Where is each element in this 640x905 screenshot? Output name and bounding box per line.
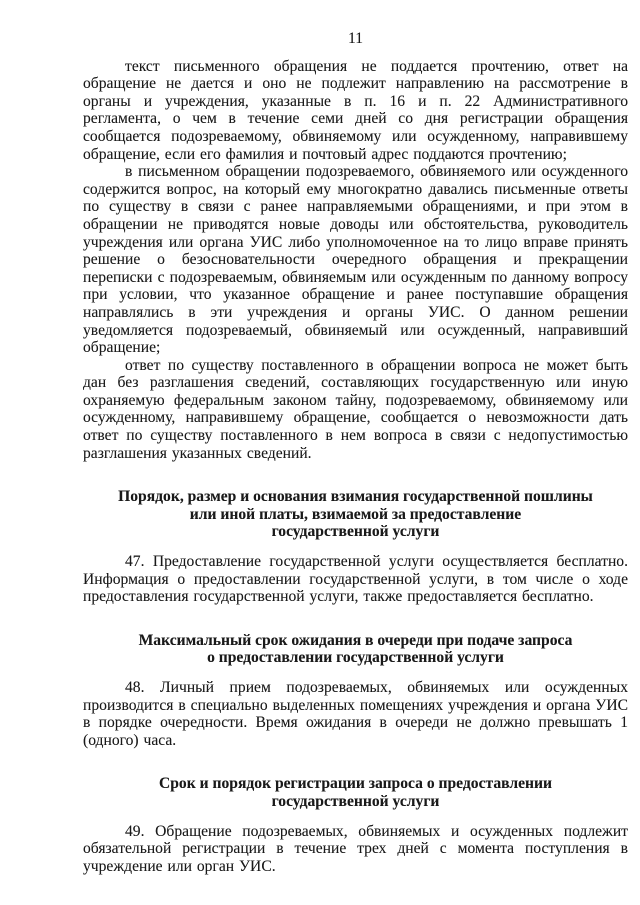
page-number: 11: [83, 30, 628, 48]
paragraph-48-queue-wait: 48. Личный прием подозреваемых, обвиняем…: [83, 679, 628, 749]
scanned-document-page: 11 текст письменного обращения не поддае…: [0, 0, 640, 905]
paragraph-illegible-appeal: текст письменного обращения не поддается…: [83, 58, 628, 164]
paragraph-47-free-service: 47. Предоставление государственной услуг…: [83, 553, 628, 606]
heading-line: Срок и порядок регистрации запроса о пре…: [83, 775, 628, 793]
text-column: 11 текст письменного обращения не поддае…: [0, 0, 640, 875]
section-heading-max-wait-time: Максимальный срок ожидания в очереди при…: [83, 632, 628, 667]
paragraph-repeated-appeals: в письменном обращении подозреваемого, о…: [83, 163, 628, 357]
section-heading-fees: Порядок, размер и основания взимания гос…: [83, 488, 628, 541]
section-heading-registration-term: Срок и порядок регистрации запроса о пре…: [83, 775, 628, 810]
paragraph-49-mandatory-registration: 49. Обращение подозреваемых, обвиняемых …: [83, 823, 628, 876]
heading-line: о предоставлении государственной услуги: [83, 649, 628, 667]
heading-line: Максимальный срок ожидания в очереди при…: [83, 632, 628, 650]
paragraph-state-secret: ответ по существу поставленного в обраще…: [83, 357, 628, 463]
heading-line: или иной платы, взимаемой за предоставле…: [83, 506, 628, 524]
heading-line: Порядок, размер и основания взимания гос…: [83, 488, 628, 506]
heading-line: государственной услуги: [83, 523, 628, 541]
heading-line: государственной услуги: [83, 793, 628, 811]
